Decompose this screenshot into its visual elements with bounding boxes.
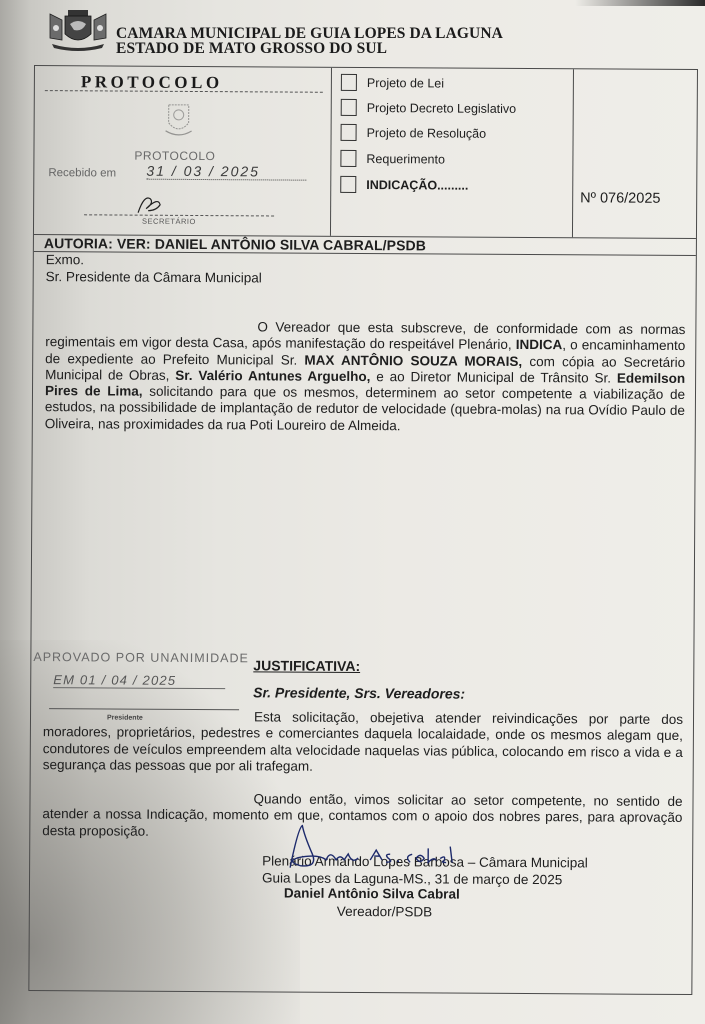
type-option-requerimento[interactable]: Requerimento: [340, 150, 445, 168]
approval-text: APROVADO POR UNANIMIDADE: [33, 650, 249, 665]
checkbox[interactable]: [340, 150, 356, 167]
document-frame: PROTOCOLO PROTOCOLO Recebido em 31 / 03 …: [28, 65, 698, 995]
checkbox[interactable]: [340, 176, 356, 193]
justification-paragraph-1: Esta solicitação, obejetiva atender reiv…: [43, 708, 683, 777]
protocol-cell: PROTOCOLO PROTOCOLO Recebido em 31 / 03 …: [34, 66, 332, 236]
stamp-signature-role: SECRETÁRIO: [142, 217, 196, 226]
main-paragraph: O Vereador que esta subscreve, de confor…: [45, 318, 686, 436]
type-option-projeto-de-resolucao[interactable]: Projeto de Resolução: [341, 124, 487, 142]
document-type-cell: Projeto de Lei Projeto Decreto Legislati…: [330, 68, 574, 237]
signer-role: Vereador/PSDB: [337, 904, 432, 920]
checkbox[interactable]: [341, 74, 357, 91]
type-option-projeto-decreto-legislativo[interactable]: Projeto Decreto Legislativo: [341, 99, 516, 117]
authorship-text: AUTORIA: VER: DANIEL ANTÔNIO SILVA CABRA…: [44, 235, 426, 253]
indica-keyword: INDICA: [516, 337, 563, 352]
stamp-received-date: 31 / 03 / 2025: [146, 163, 306, 181]
checkbox[interactable]: [341, 124, 357, 141]
text: e ao Diretor Municipal de Trânsito Sr.: [370, 369, 617, 386]
type-label: Requerimento: [366, 152, 445, 166]
justification-salutation: Sr. Presidente, Srs. Vereadores:: [253, 684, 465, 701]
corner-shadow: [575, 0, 705, 6]
type-option-indicacao[interactable]: INDICAÇÃO.........: [340, 176, 468, 194]
type-label: Projeto de Lei: [367, 76, 444, 90]
number-cell: Nº 076/2025: [572, 69, 697, 238]
mayor-name: MAX ANTÔNIO SOUZA MORAIS,: [304, 352, 522, 368]
document-number: Nº 076/2025: [580, 190, 660, 206]
handwritten-signature-icon: [278, 824, 478, 875]
type-option-projeto-de-lei[interactable]: Projeto de Lei: [341, 74, 444, 92]
municipal-coat-of-arms-icon: [48, 8, 108, 52]
type-label: Projeto de Resolução: [367, 126, 487, 141]
coat-of-arms-stamp-icon: [163, 101, 195, 139]
state-name: ESTADO DE MATO GROSSO DO SUL: [116, 40, 387, 58]
type-label: INDICAÇÃO.........: [366, 178, 468, 193]
signer-name: Daniel Antônio Silva Cabral: [284, 886, 460, 902]
stamp-label: PROTOCOLO: [134, 149, 215, 163]
type-label: Projeto Decreto Legislativo: [367, 101, 516, 116]
stamp-received-label: Recebido em: [48, 167, 116, 179]
header-table: PROTOCOLO PROTOCOLO Recebido em 31 / 03 …: [34, 66, 697, 239]
approval-date: EM 01 / 04 / 2025: [53, 672, 225, 689]
document-header: CAMARA MUNICIPAL DE GUIA LOPES DA LAGUNA…: [48, 8, 688, 58]
checkbox[interactable]: [341, 99, 357, 116]
secretary-name: Sr. Valério Antunes Arguelho,: [175, 368, 370, 384]
addressee-line2: Sr. Presidente da Câmara Municipal: [46, 269, 686, 289]
initials-signature-icon: [134, 193, 166, 217]
justification-title: JUSTIFICATIVA:: [253, 657, 360, 674]
